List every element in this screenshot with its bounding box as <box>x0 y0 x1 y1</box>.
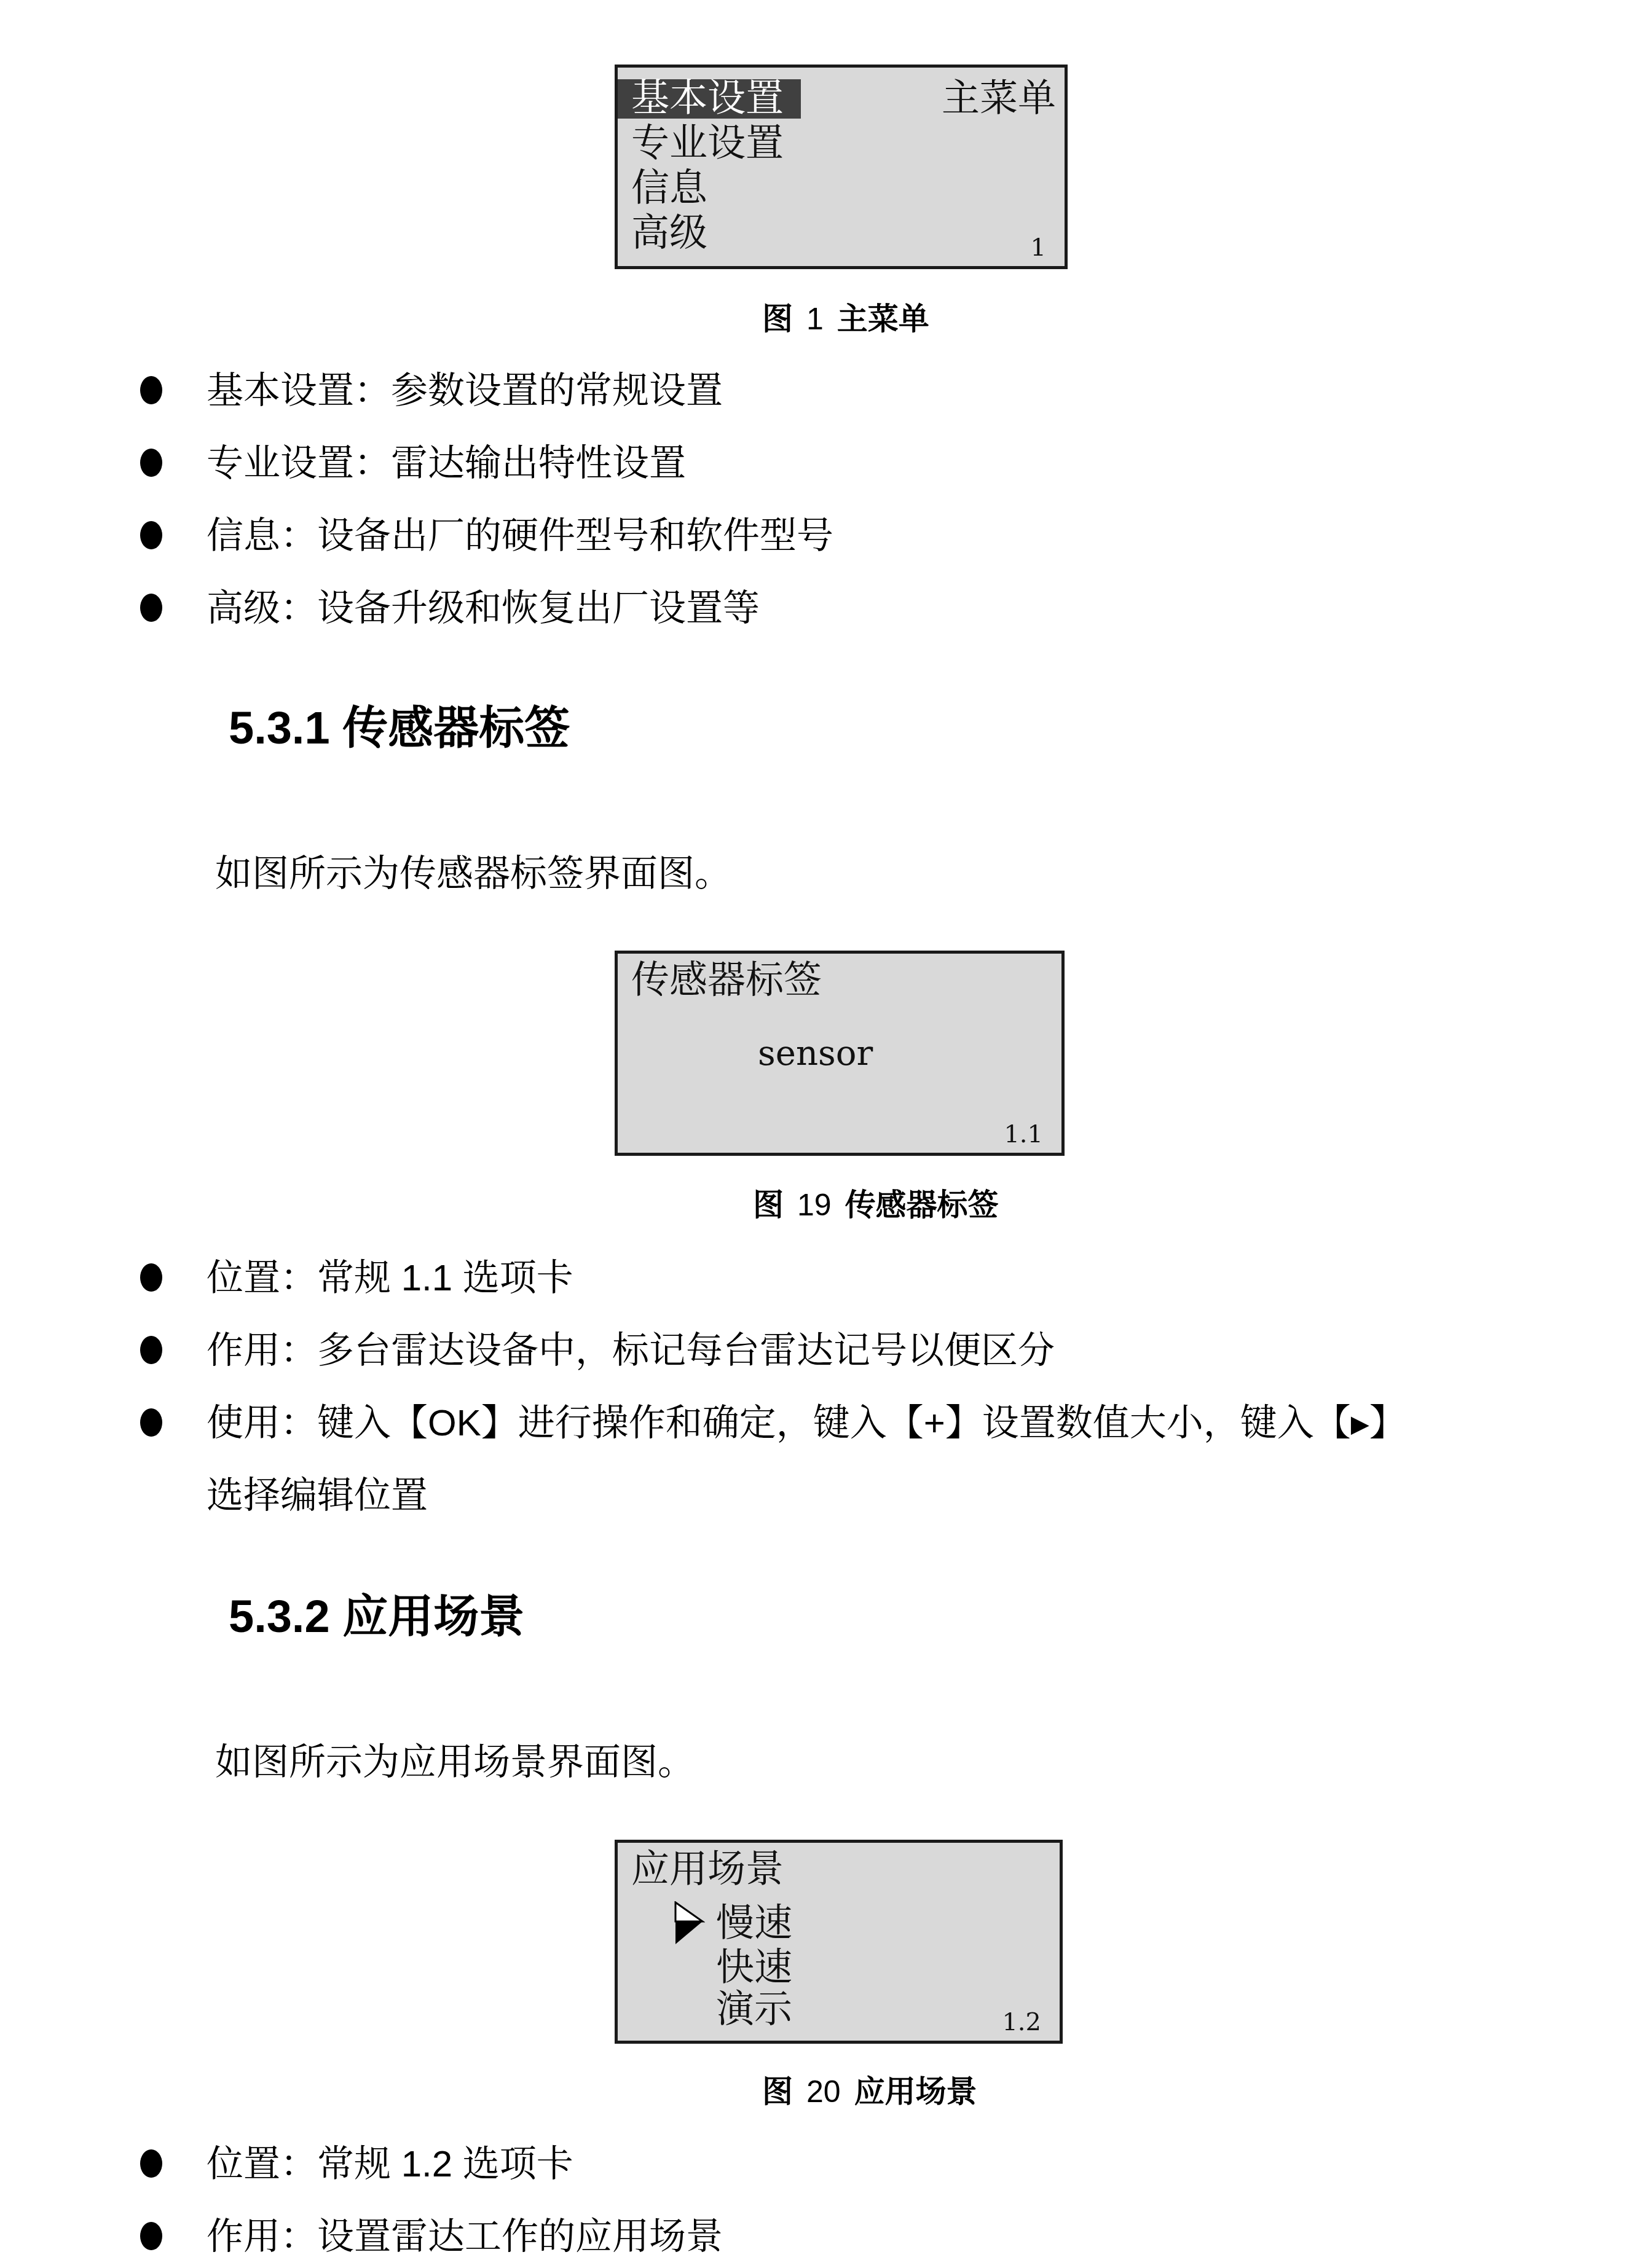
bullet-dot-icon <box>140 2149 162 2178</box>
section-heading-app-scene: 5.3.2 应用场景 <box>229 1594 524 1639</box>
scene-option-demo[interactable]: 演示 <box>716 1990 792 2028</box>
bullet-dot-icon <box>140 594 162 622</box>
bullet-dot-icon <box>140 449 162 477</box>
selection-triangle-icon <box>674 1901 705 1945</box>
sensor-label-value[interactable]: sensor <box>758 1037 873 1071</box>
scene-option-fast[interactable]: 快速 <box>716 1948 792 1987</box>
section-heading-sensor-label: 5.3.1 传感器标签 <box>229 705 570 751</box>
menu-item-advanced[interactable]: 高级 <box>631 214 707 252</box>
bullet-dot-icon <box>140 2222 162 2250</box>
figure-caption-20: 图20应用场景 <box>762 2076 977 2107</box>
bullet-dot-icon <box>140 521 162 549</box>
bullet-dot-icon <box>140 376 162 404</box>
lcd-sensor-label: 传感器标签 sensor 1.1 <box>615 951 1065 1156</box>
bullet-dot-icon <box>140 1408 162 1437</box>
lcd-title-main-menu: 主菜单 <box>942 79 1056 117</box>
lcd-main-menu: 基本设置 主菜单 专业设置 信息 高级 1 <box>615 65 1068 269</box>
section-intro: 如图所示为应用场景界面图。 <box>215 1744 695 1781</box>
lcd-app-scene: 应用场景 慢速 快速 演示 1.2 <box>615 1840 1063 2044</box>
bullet-dot-icon <box>140 1263 162 1292</box>
menu-item-info[interactable]: 信息 <box>631 169 707 207</box>
bullet-dot-icon <box>140 1336 162 1364</box>
lcd-title: 应用场景 <box>631 1850 784 1888</box>
figure-caption-1: 图1主菜单 <box>762 304 929 334</box>
lcd-page-number: 1.2 <box>1002 2010 1041 2035</box>
menu-item-basic-settings-selected[interactable]: 基本设置 <box>618 79 801 119</box>
figure-caption-19: 图19传感器标签 <box>753 1190 999 1220</box>
lcd-page-number: 1.1 <box>1004 1122 1043 1147</box>
section-intro: 如图所示为传感器标签界面图。 <box>215 855 731 892</box>
lcd-title: 传感器标签 <box>631 961 822 999</box>
lcd-page-number: 1 <box>1031 235 1046 260</box>
scene-option-slow-selected[interactable]: 慢速 <box>716 1904 792 1942</box>
menu-item-pro-settings[interactable]: 专业设置 <box>631 124 784 162</box>
